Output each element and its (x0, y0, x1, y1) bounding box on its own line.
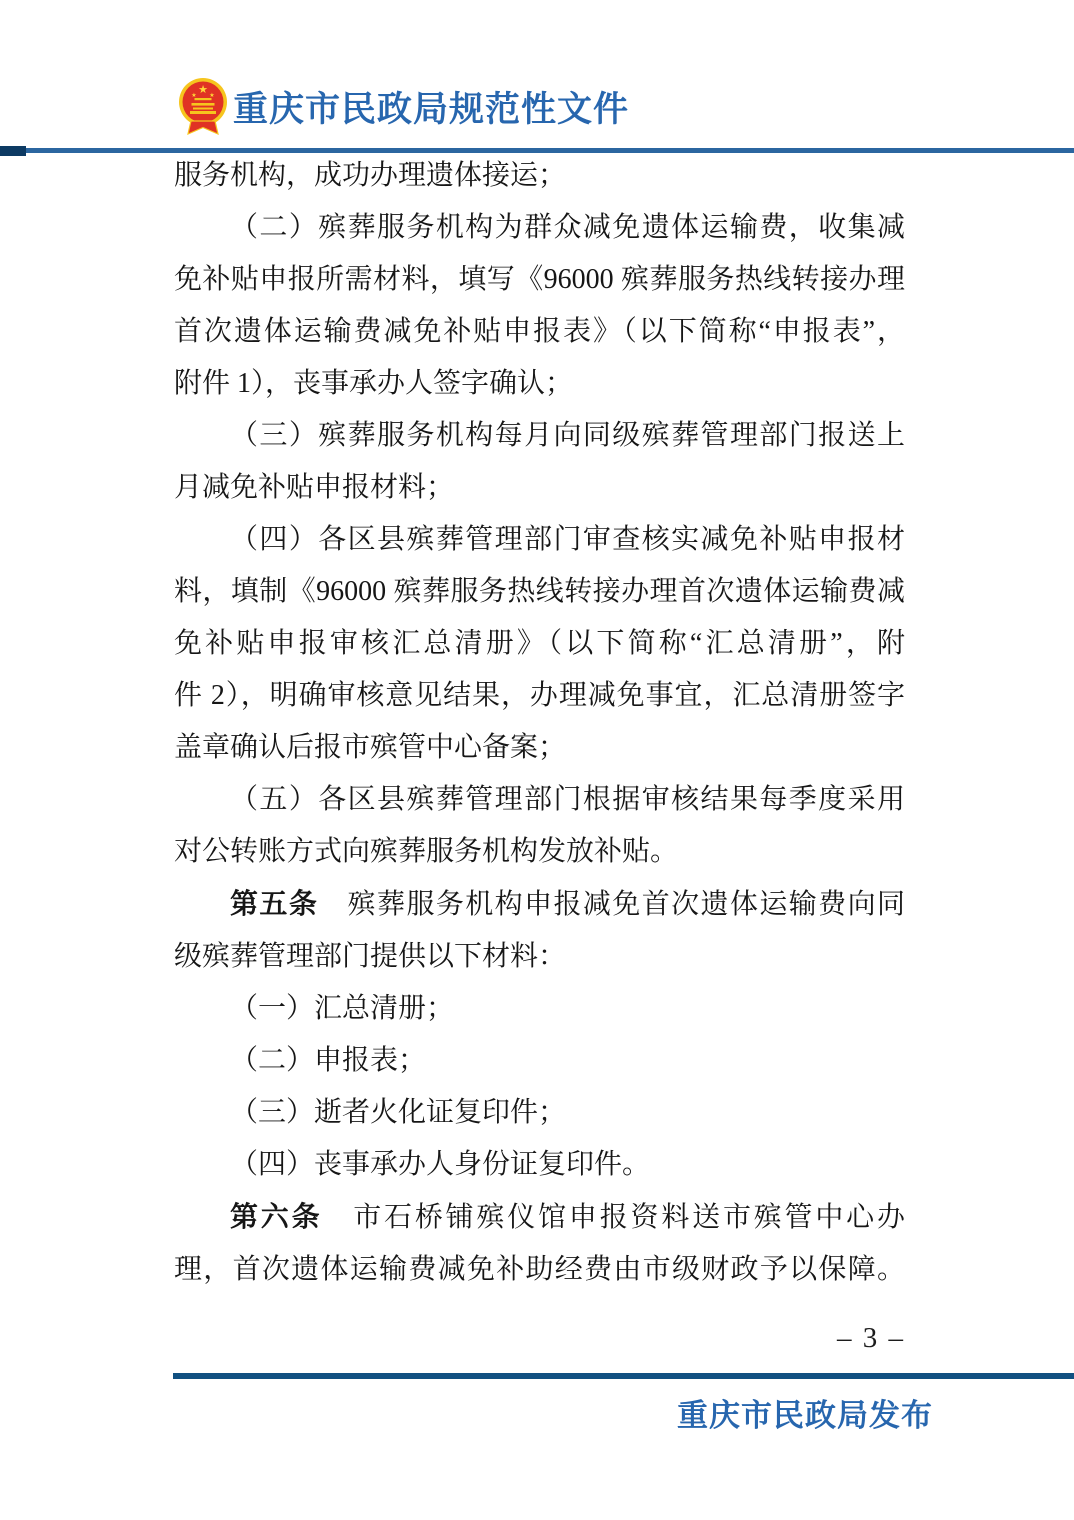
document-body: 服务机构，成功办理遗体接运；（二）殡葬服务机构为群众减免遗体运输费，收集减免补贴… (174, 150, 905, 1296)
text-line: （二）申报表； (174, 1035, 905, 1087)
text-line: 对公转账方式向殡葬服务机构发放补贴。 (174, 826, 905, 878)
text-line: 免补贴申报所需材料，填写《96000 殡葬服务热线转接办理 (174, 254, 905, 306)
text-line: 月减免补贴申报材料； (174, 462, 905, 514)
header-divider-left-cap (0, 146, 26, 156)
text-line: 第五条 殡葬服务机构申报减免首次遗体运输费向同 (174, 878, 905, 931)
text-line: 附件 1），丧事承办人签字确认； (174, 358, 905, 410)
text-line: 理，首次遗体运输费减免补助经费由市级财政予以保障。 (174, 1244, 905, 1296)
text-line: （四）丧事承办人身份证复印件。 (174, 1139, 905, 1191)
document-header-title: 重庆市民政局规范性文件 (233, 82, 629, 132)
svg-text:★: ★ (209, 92, 214, 99)
document-page: ★ ★ ★ 重庆市民政局规范性文件 服务机构，成功办理遗体接运；（二）殡葬服务机… (0, 0, 1074, 1520)
article-number: 第六条 (230, 1201, 322, 1232)
text-line: 免补贴申报审核汇总清册》（以下简称“汇总清册”，附 (174, 618, 905, 670)
text-line: （四）各区县殡葬管理部门审查核实减免补贴申报材 (174, 514, 905, 566)
text-line: 第六条 市石桥铺殡仪馆申报资料送市殡管中心办 (174, 1191, 905, 1244)
text-line: （三）逝者火化证复印件； (174, 1087, 905, 1139)
text-line: 首次遗体运输费减免补贴申报表》（以下简称“申报表”， (174, 306, 905, 358)
svg-text:★: ★ (198, 84, 208, 96)
text-line: （一）汇总清册； (174, 983, 905, 1035)
text-line: 件 2），明确审核意见结果，办理减免事宜，汇总清册签字 (174, 670, 905, 722)
text-line: 盖章确认后报市殡管中心备案； (174, 722, 905, 774)
text-line: 级殡葬管理部门提供以下材料： (174, 931, 905, 983)
text-line: （三）殡葬服务机构每月向同级殡葬管理部门报送上 (174, 410, 905, 462)
svg-text:★: ★ (191, 92, 196, 99)
text-line: （五）各区县殡葬管理部门根据审核结果每季度采用 (174, 774, 905, 826)
article-number: 第五条 (230, 888, 318, 919)
publisher-label: 重庆市民政局发布 (677, 1390, 933, 1435)
footer-divider-line (173, 1373, 1074, 1379)
page-number: – 3 – (174, 1320, 905, 1356)
text-line: 料，填制《96000 殡葬服务热线转接办理首次遗体运输费减 (174, 566, 905, 618)
national-emblem-icon: ★ ★ ★ (178, 76, 228, 137)
text-line: （二）殡葬服务机构为群众减免遗体运输费，收集减 (174, 202, 905, 254)
text-line: 服务机构，成功办理遗体接运； (174, 150, 905, 202)
